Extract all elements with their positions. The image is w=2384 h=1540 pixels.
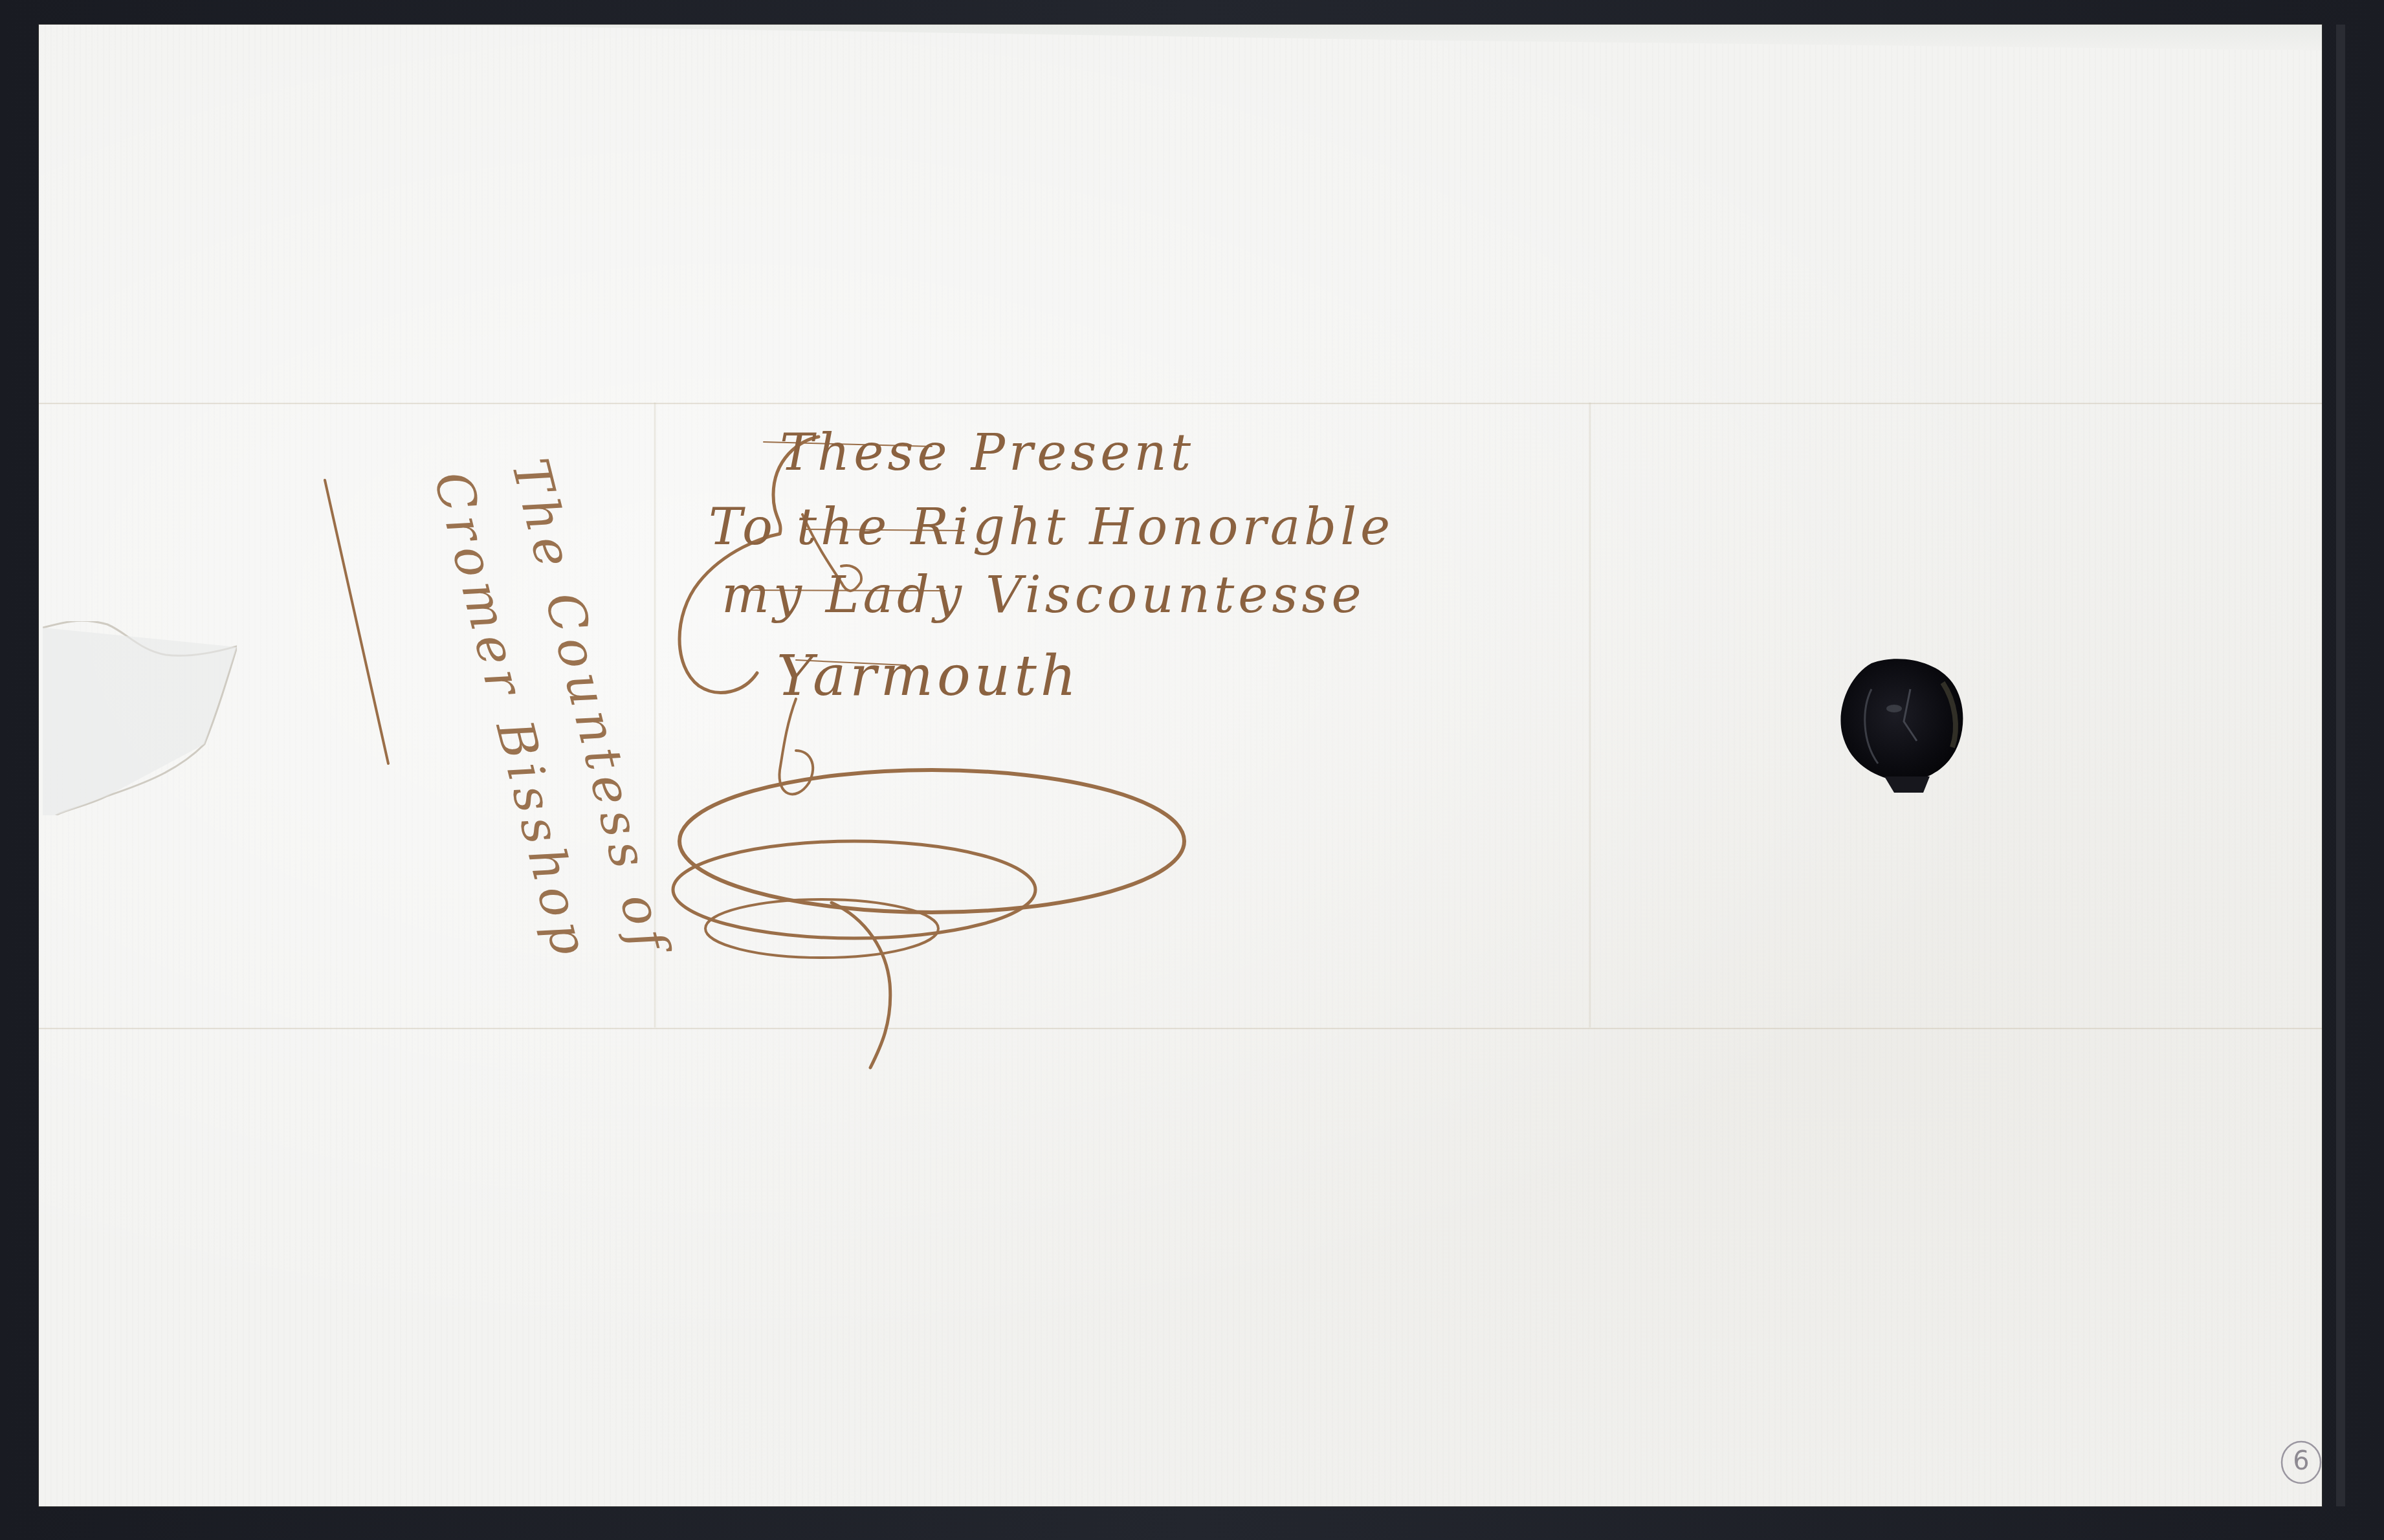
folio-number-text: 6 <box>2278 1438 2324 1484</box>
fold-line-vertical-right <box>1589 402 1591 1028</box>
folio-number: 6 <box>2278 1438 2324 1484</box>
flourish-decoration <box>647 388 1488 1100</box>
paper-tear <box>43 621 237 815</box>
address-line-1: These Present <box>780 424 1195 482</box>
docket-underline <box>285 427 621 1009</box>
address-line-3: my Lady Viscountesse <box>722 566 1365 624</box>
address-block: These Present To the Right Honorable my … <box>647 388 1488 1100</box>
docket-note: The Countess of Cromer Bisshop <box>285 427 621 1009</box>
right-edge-shadow <box>2336 25 2345 1506</box>
address-line-2: To the Right Honorable <box>709 498 1394 556</box>
address-line-4: Yarmouth <box>777 644 1080 709</box>
wax-seal-icon <box>1833 650 1972 793</box>
